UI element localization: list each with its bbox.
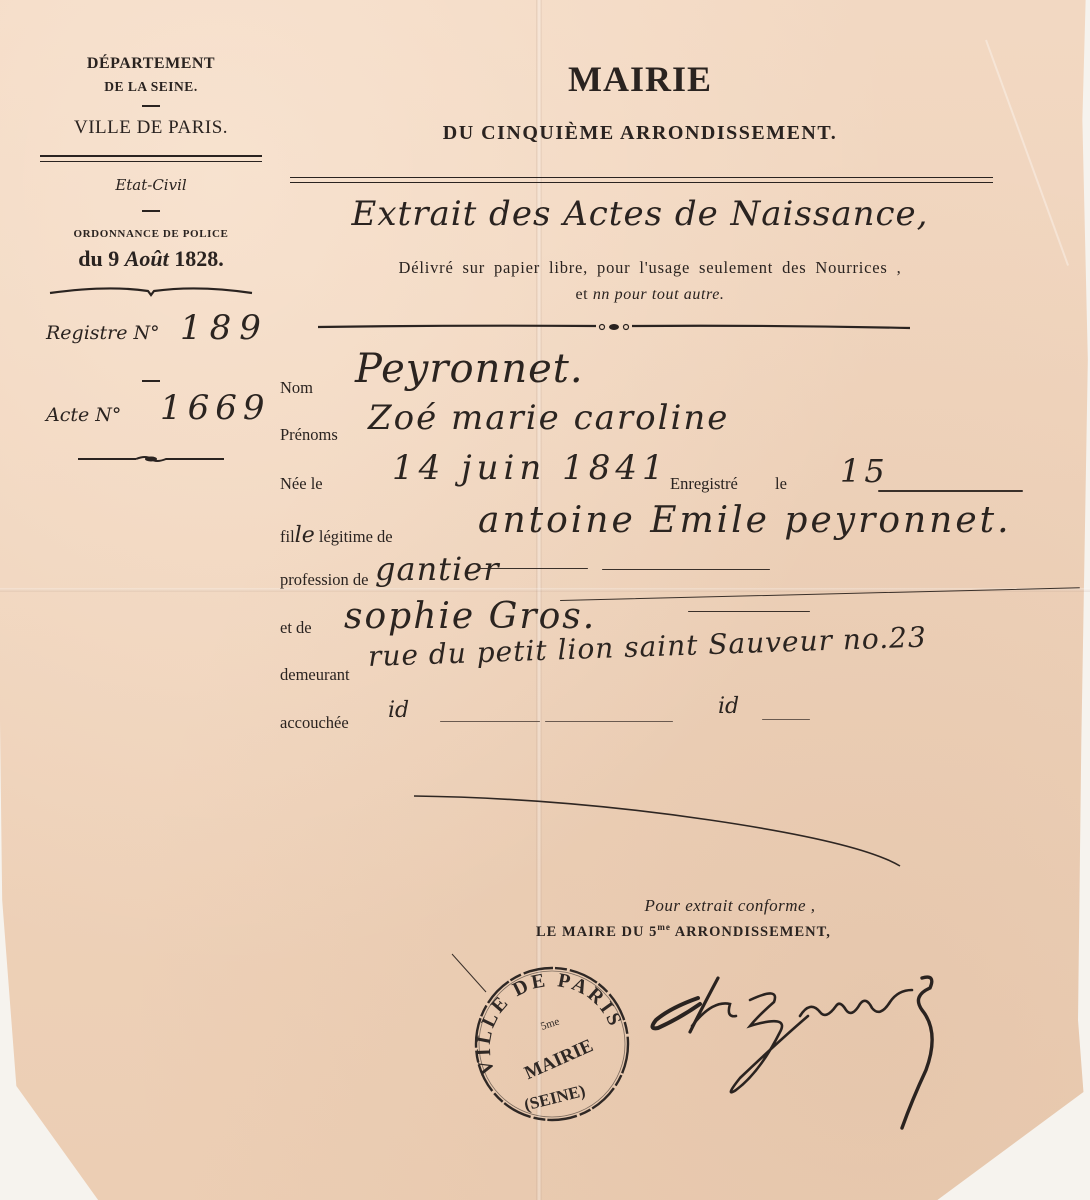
- separator-dash: [142, 380, 160, 382]
- restriction-text: nn pour tout autre.: [593, 286, 725, 303]
- page-title: MAIRIE: [280, 58, 1000, 100]
- mairie-stamp: VILLE DE PARIS 5me MAIRIE (SEINE): [472, 964, 632, 1124]
- document-type-title: Extrait des Actes de Naissance,: [260, 194, 1020, 234]
- blank-line: [688, 611, 810, 612]
- blank-line: [478, 568, 588, 569]
- profession-label: profession de: [280, 570, 368, 590]
- act-row: Acte N° 1669: [40, 404, 262, 444]
- enregistre-le-label: le: [775, 474, 787, 494]
- demeurant-label: demeurant: [280, 665, 350, 685]
- cancellation-line: [410, 790, 910, 880]
- registration-day-value: 15: [840, 452, 889, 490]
- department-sub-label: DE LA SEINE.: [40, 79, 262, 95]
- blank-line: [602, 569, 770, 570]
- ornamental-divider: [76, 454, 226, 464]
- filiation-label: fille légitime de: [280, 523, 393, 548]
- ne-le-label: Née le: [280, 474, 323, 494]
- mayor-title: LE MAIRE DU 5me ARRONDISSEMENT,: [536, 922, 936, 941]
- accouchee-value-1: id: [388, 698, 409, 723]
- stamp-arrondissement: 5me: [539, 1016, 561, 1033]
- register-label: Registre N°: [46, 322, 160, 344]
- header-double-rule: [290, 177, 993, 183]
- usage-line: Délivré sur papier libre, pour l'usage s…: [270, 258, 1030, 278]
- register-number: 189: [180, 308, 269, 348]
- mayor-suffix: ARRONDISSEMENT,: [675, 924, 831, 940]
- civil-status-label: Etat-Civil: [40, 176, 262, 194]
- mother-label: et de: [280, 618, 312, 638]
- accouchee-label: accouchée: [280, 713, 349, 733]
- blank-line: [878, 490, 1023, 492]
- accouchee-value-2: id: [718, 694, 739, 719]
- nom-value: Peyronnet.: [355, 346, 584, 392]
- ordinance-label: ORDONNANCE DE POLICE: [40, 228, 262, 240]
- header-ornamental-rule: [318, 322, 910, 332]
- filiation-prefix: fil: [280, 527, 295, 546]
- mother-name-value: sophie Gros.: [344, 596, 596, 637]
- left-double-rule: [40, 155, 262, 162]
- mayor-ordinal-suffix: me: [657, 922, 671, 932]
- department-label: DÉPARTEMENT: [40, 55, 262, 73]
- filiation-suffix: légitime de: [319, 527, 393, 546]
- birth-date-value: 14 juin 1841: [392, 448, 669, 488]
- separator-dash: [142, 105, 160, 107]
- left-column: DÉPARTEMENT DE LA SEINE. VILLE DE PARIS.…: [40, 55, 262, 464]
- city-label: VILLE DE PARIS.: [40, 117, 262, 139]
- father-name-value: antoine Emile peyronnet.: [478, 500, 1012, 541]
- ordinance-date-month: Août: [125, 246, 169, 271]
- act-number: 1669: [160, 388, 271, 428]
- act-label: Acte N°: [46, 404, 121, 426]
- blank-line: [440, 721, 540, 722]
- separator-dash: [142, 210, 160, 212]
- prenoms-label: Prénoms: [280, 425, 338, 445]
- ordinance-date-day: du 9: [78, 246, 119, 271]
- filiation-handwritten-suffix: le: [295, 523, 315, 548]
- ordinance-date-year: 1828.: [174, 246, 224, 271]
- stamp-mairie-text: MAIRIE: [521, 1035, 596, 1084]
- nom-label: Nom: [280, 378, 313, 398]
- restriction-prefix: et: [575, 286, 588, 303]
- mayor-signature: Ch. Yevonne: [640, 960, 950, 1130]
- ordinance-date: du 9 Août 1828.: [40, 246, 262, 272]
- register-row: Registre N° 189: [40, 322, 262, 362]
- enregistre-label: Enregistré: [670, 474, 738, 494]
- certification-text: Pour extrait conforme ,: [540, 896, 920, 916]
- blank-line: [545, 721, 673, 722]
- blank-line: [762, 719, 810, 720]
- restriction-line: et nn pour tout autre.: [270, 286, 1030, 304]
- prenoms-value: Zoé marie caroline: [368, 398, 729, 438]
- stamp-seine-text: (SEINE): [522, 1081, 587, 1115]
- mayor-prefix: LE MAIRE DU 5: [536, 924, 657, 940]
- ornamental-swash-divider: [48, 286, 254, 300]
- page-subtitle: DU CINQUIÈME ARRONDISSEMENT.: [280, 122, 1000, 145]
